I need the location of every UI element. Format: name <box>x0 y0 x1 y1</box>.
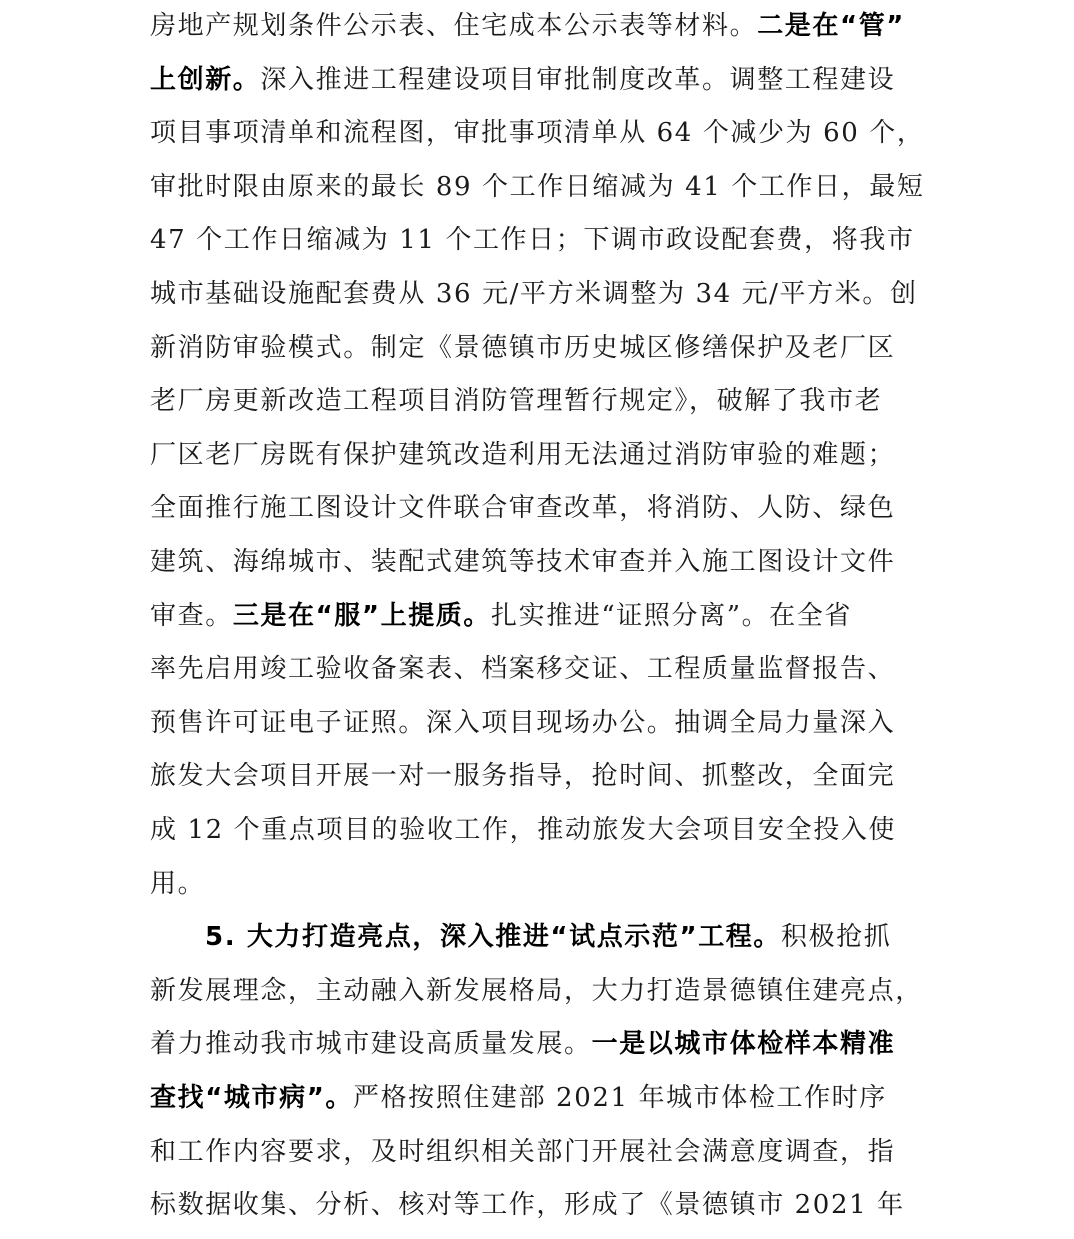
text-segment: 积极抢抓 <box>781 922 891 952</box>
text-segment: 新消防审验模式。制定《景德镇市历史城区修缮保护及老厂区 <box>150 333 895 363</box>
text-line: 新消防审验模式。制定《景德镇市历史城区修缮保护及老厂区 <box>150 328 895 368</box>
text-segment: 厂区老厂房既有保护建筑改造利用无法通过消防审验的难题； <box>150 440 895 470</box>
bold-text-segment: 查找“城市病”。 <box>150 1083 353 1113</box>
text-line: 率先启用竣工验收备案表、档案移交证、工程质量监督报告、 <box>150 649 895 689</box>
bold-text-segment: 一是以城市体检样本精准 <box>592 1029 896 1059</box>
bold-text-segment: 二是在“管” <box>757 11 905 41</box>
text-segment: 用。 <box>150 869 205 899</box>
text-line: 旅发大会项目开展一对一服务指导，抢时间、抓整改，全面完 <box>150 756 895 796</box>
text-segment: 老厂房更新改造工程项目消防管理暂行规定》，破解了我市老 <box>150 386 882 416</box>
text-segment: 审批时限由原来的最长 89 个工作日缩减为 41 个工作日，最短 <box>150 172 924 202</box>
section-heading-line: 5. 大力打造亮点，深入推进“试点示范”工程。积极抢抓 <box>205 917 891 957</box>
text-segment: 深入推进工程建设项目审批制度改革。调整工程建设 <box>260 65 895 95</box>
text-segment: 项目事项清单和流程图，审批事项清单从 64 个减少为 60 个， <box>150 118 924 148</box>
text-line: 47 个工作日缩减为 11 个工作日；下调市政设配套费，将我市 <box>150 220 915 260</box>
text-segment: 严格按照住建部 2021 年城市体检工作时序 <box>353 1083 887 1113</box>
text-segment: 新发展理念，主动融入新发展格局，大力打造景德镇住建亮点， <box>150 976 923 1006</box>
text-segment: 预售许可证电子证照。深入项目现场办公。抽调全局力量深入 <box>150 708 895 738</box>
bold-text-segment: 三是在“服”上提质。 <box>233 601 491 631</box>
text-segment: 建筑、海绵城市、装配式建筑等技术审查并入施工图设计文件 <box>150 547 895 577</box>
text-line: 新发展理念，主动融入新发展格局，大力打造景德镇住建亮点， <box>150 971 923 1011</box>
text-segment: 着力推动我市城市建设高质量发展。 <box>150 1029 592 1059</box>
text-segment: 旅发大会项目开展一对一服务指导，抢时间、抓整改，全面完 <box>150 761 895 791</box>
text-segment: 和工作内容要求，及时组织相关部门开展社会满意度调查，指 <box>150 1137 895 1167</box>
text-line: 标数据收集、分析、核对等工作，形成了《景德镇市 2021 年 <box>150 1185 905 1225</box>
bold-text-segment: 5. 大力打造亮点，深入推进“试点示范”工程。 <box>205 922 781 952</box>
text-line: 房地产规划条件公示表、住宅成本公示表等材料。二是在“管” <box>150 6 905 46</box>
text-line: 项目事项清单和流程图，审批事项清单从 64 个减少为 60 个， <box>150 113 924 153</box>
text-line: 和工作内容要求，及时组织相关部门开展社会满意度调查，指 <box>150 1132 895 1172</box>
text-line: 审批时限由原来的最长 89 个工作日缩减为 41 个工作日，最短 <box>150 167 924 207</box>
text-segment: 标数据收集、分析、核对等工作，形成了《景德镇市 2021 年 <box>150 1190 905 1220</box>
text-segment: 成 12 个重点项目的验收工作，推动旅发大会项目安全投入使 <box>150 815 896 845</box>
text-segment: 全面推行施工图设计文件联合审查改革，将消防、人防、绿色 <box>150 493 895 523</box>
text-segment: 城市基础设施配套费从 36 元/平方米调整为 34 元/平方米。创 <box>150 279 918 309</box>
text-line: 厂区老厂房既有保护建筑改造利用无法通过消防审验的难题； <box>150 435 895 475</box>
text-line: 上创新。深入推进工程建设项目审批制度改革。调整工程建设 <box>150 60 895 100</box>
text-segment: 47 个工作日缩减为 11 个工作日；下调市政设配套费，将我市 <box>150 225 915 255</box>
text-segment: 率先启用竣工验收备案表、档案移交证、工程质量监督报告、 <box>150 654 895 684</box>
text-line: 建筑、海绵城市、装配式建筑等技术审查并入施工图设计文件 <box>150 542 895 582</box>
bold-text-segment: 上创新。 <box>150 65 260 95</box>
text-segment: 扎实推进“证照分离”。在全省 <box>491 601 852 631</box>
text-line: 老厂房更新改造工程项目消防管理暂行规定》，破解了我市老 <box>150 381 882 421</box>
text-line: 用。 <box>150 864 205 904</box>
text-segment: 房地产规划条件公示表、住宅成本公示表等材料。 <box>150 11 757 41</box>
text-line: 着力推动我市城市建设高质量发展。一是以城市体检样本精准 <box>150 1024 895 1064</box>
text-segment: 审查。 <box>150 601 233 631</box>
text-line: 预售许可证电子证照。深入项目现场办公。抽调全局力量深入 <box>150 703 895 743</box>
text-line: 城市基础设施配套费从 36 元/平方米调整为 34 元/平方米。创 <box>150 274 918 314</box>
text-line: 查找“城市病”。严格按照住建部 2021 年城市体检工作时序 <box>150 1078 887 1118</box>
text-line: 成 12 个重点项目的验收工作，推动旅发大会项目安全投入使 <box>150 810 896 850</box>
text-line: 审查。三是在“服”上提质。扎实推进“证照分离”。在全省 <box>150 596 852 636</box>
text-line: 全面推行施工图设计文件联合审查改革，将消防、人防、绿色 <box>150 488 895 528</box>
